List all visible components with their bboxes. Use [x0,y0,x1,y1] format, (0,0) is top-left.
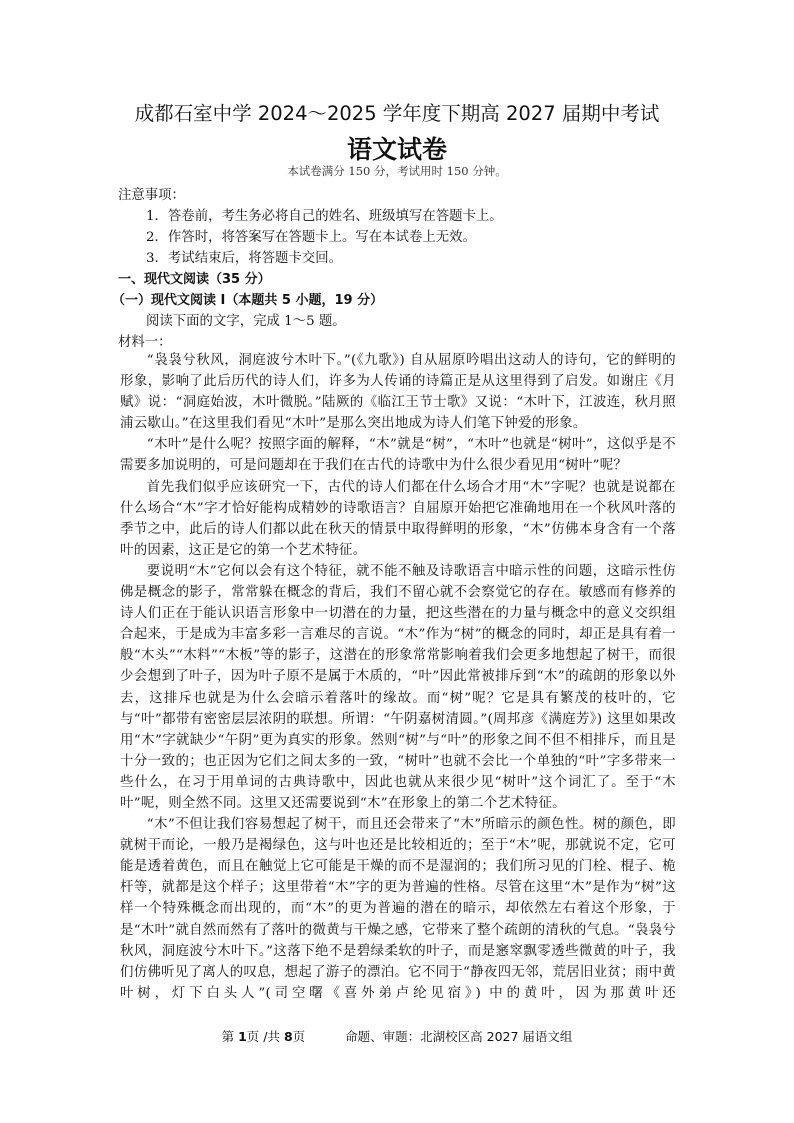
notes-heading: 注意事项： [118,185,678,206]
page-footer: 第1页 /共8页 命题、审题：北湖校区高 2027 届语文组 [0,1027,794,1045]
passage-paragraph: 要说明“木”它何以会有这个特征，就不能不触及诗歌语言中暗示性的问题，这暗示性仿佛… [120,561,676,814]
notes-item: 2．作答时，将答案写在答题卡上。写在本试卷上无效。 [118,227,678,248]
passage-paragraph: “木”不但让我们容易想起了树干，而且还会带来了“木”所暗示的颜色性。树的颜色，即… [120,814,676,1004]
page-total: 8 [284,1029,293,1044]
exam-page: 成都石室中学 2024～2025 学年度下期高 2027 届期中考试 语文试卷 … [0,0,794,1123]
section-subtitle: （一）现代文阅读 I（本题共 5 小题，19 分） [112,290,678,311]
footer-credit: 命题、审题：北湖校区高 2027 届语文组 [345,1029,572,1044]
page-current: 1 [238,1029,247,1044]
passage-paragraph: “木叶”是什么呢？按照字面的解释，“木”就是“树”，“木叶”也就是“树叶”，这似… [120,434,676,476]
reading-passage: “袅袅兮秋风，洞庭波兮木叶下。”(《九歌》) 自从屈原吟唱出这动人的诗句，它的鲜… [120,350,676,1004]
page-prefix: 第 [222,1029,235,1044]
notes-item: 1．答卷前，考生务必将自己的姓名、班级填写在答题卡上。 [118,206,678,227]
page-suffix: 页 [293,1029,306,1044]
exam-title: 成都石室中学 2024～2025 学年度下期高 2027 届期中考试 [0,98,794,126]
notes-section: 注意事项： 1．答卷前，考生务必将自己的姓名、班级填写在答题卡上。 2．作答时，… [118,185,678,353]
passage-paragraph: 首先我们似乎应该研究一下，古代的诗人们都在什么场合才用“木”字呢？也就是说都在什… [120,477,676,561]
exam-subject-title: 语文试卷 [0,130,794,166]
notes-item: 3．考试结束后，将答题卡交回。 [118,248,678,269]
exam-meta: 本试卷满分 150 分，考试用时 150 分钟。 [0,163,794,179]
page-number: 第1页 /共8页 [222,1029,306,1044]
section-title: 一、现代文阅读（35 分） [118,269,678,290]
page-mid: 页 /共 [247,1029,280,1044]
passage-paragraph: “袅袅兮秋风，洞庭波兮木叶下。”(《九歌》) 自从屈原吟唱出这动人的诗句，它的鲜… [120,350,676,434]
section-instruction: 阅读下面的文字，完成 1～5 题。 [118,311,678,332]
